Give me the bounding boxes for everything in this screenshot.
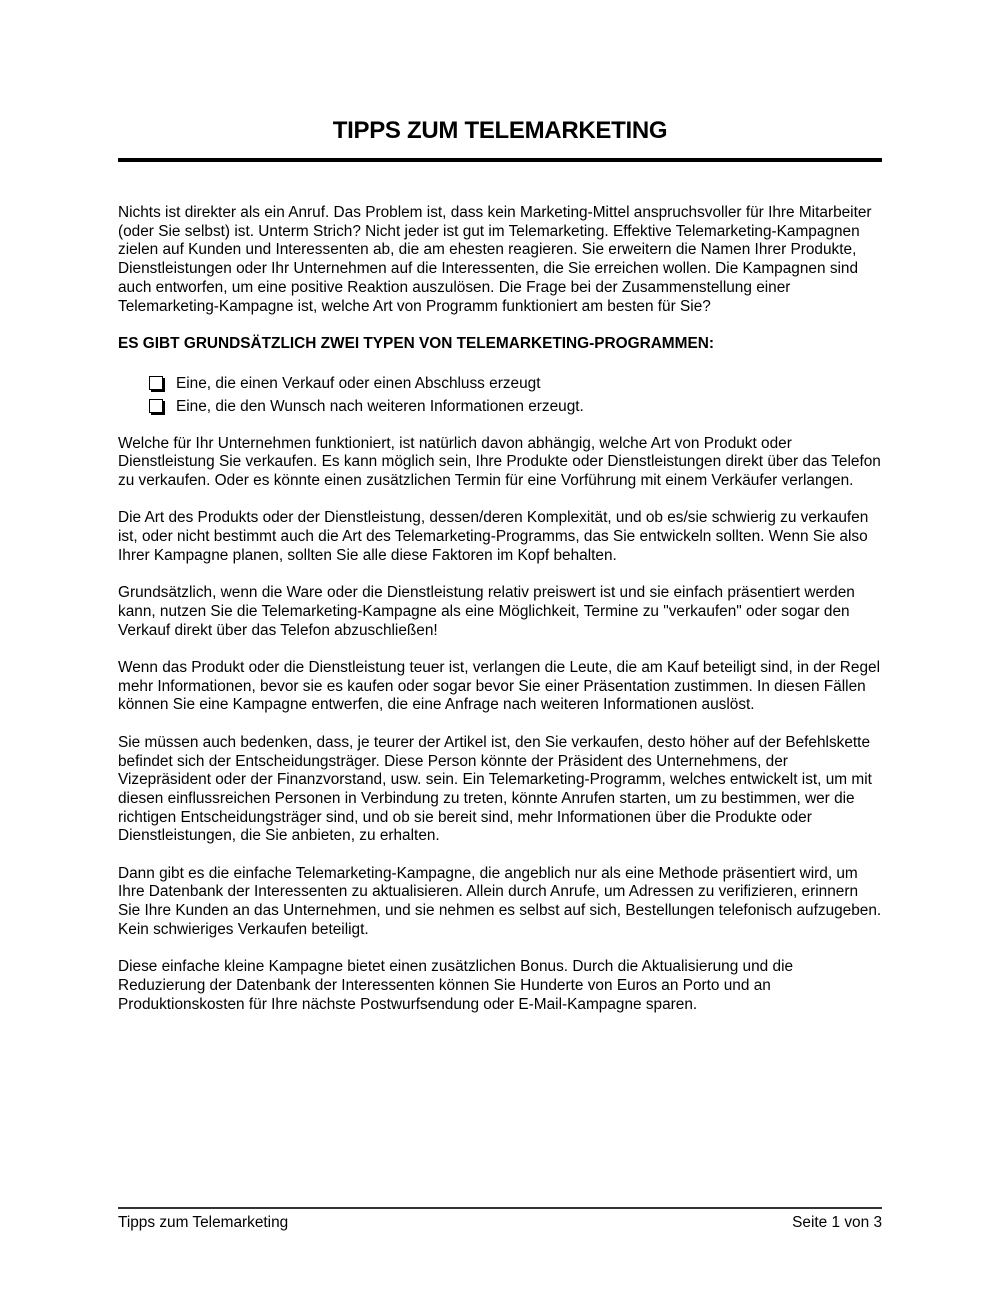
intro-paragraph: Nichts ist direkter als ein Anruf. Das P…	[118, 204, 882, 316]
body-paragraph: Die Art des Produkts oder der Dienstleis…	[118, 509, 882, 565]
checkbox-icon	[149, 376, 163, 390]
footer-divider	[118, 1207, 882, 1209]
body-paragraph: Welche für Ihr Unternehmen funktioniert,…	[118, 435, 882, 491]
document-page: TIPPS ZUM TELEMARKETING Nichts ist direk…	[118, 0, 882, 1290]
section-heading: ES GIBT GRUNDSÄTZLICH ZWEI TYPEN VON TEL…	[118, 335, 882, 354]
title-divider	[118, 158, 882, 162]
body-paragraph: Grundsätzlich, wenn die Ware oder die Di…	[118, 584, 882, 640]
footer-document-title: Tipps zum Telemarketing	[118, 1213, 288, 1233]
document-body: Nichts ist direkter als ein Anruf. Das P…	[118, 204, 882, 1033]
document-title: TIPPS ZUM TELEMARKETING	[118, 116, 882, 146]
checklist-item: Eine, die den Wunsch nach weiteren Infor…	[149, 395, 882, 418]
checklist-item-label: Eine, die den Wunsch nach weiteren Infor…	[176, 398, 584, 415]
body-paragraph: Sie müssen auch bedenken, dass, je teure…	[118, 734, 882, 846]
body-paragraph: Wenn das Produkt oder die Dienstleistung…	[118, 659, 882, 715]
footer-page-number: Seite 1 von 3	[792, 1213, 882, 1233]
body-paragraph: Diese einfache kleine Kampagne bietet ei…	[118, 958, 882, 1014]
checkbox-icon	[149, 399, 163, 413]
program-types-checklist: Eine, die einen Verkauf oder einen Absch…	[118, 372, 882, 418]
checklist-item: Eine, die einen Verkauf oder einen Absch…	[149, 372, 882, 395]
page-footer: Tipps zum Telemarketing Seite 1 von 3	[118, 1213, 882, 1233]
checklist-item-label: Eine, die einen Verkauf oder einen Absch…	[176, 375, 541, 392]
body-paragraph: Dann gibt es die einfache Telemarketing-…	[118, 865, 882, 940]
